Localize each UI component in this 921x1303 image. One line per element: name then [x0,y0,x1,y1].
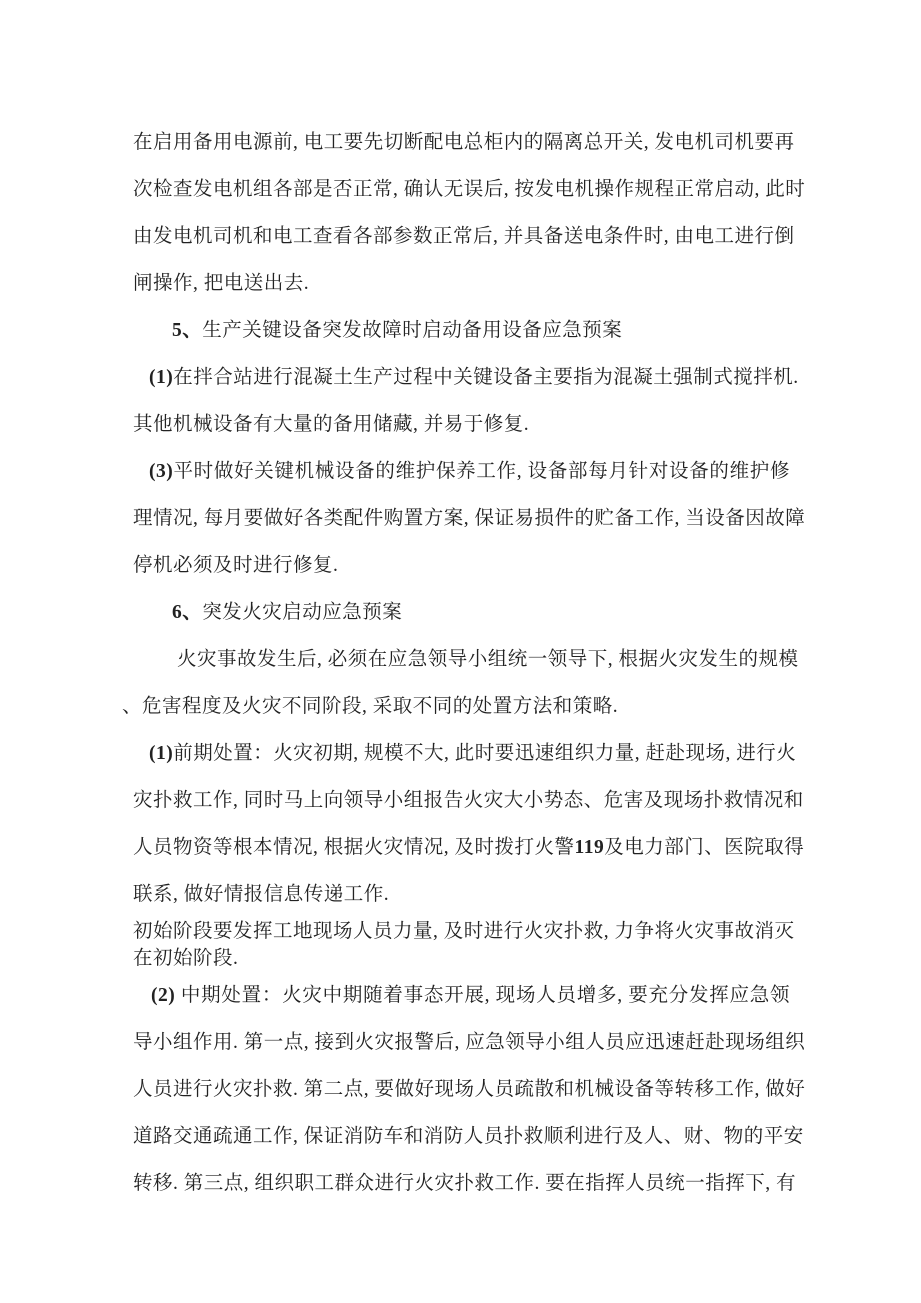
doc-line: 初始阶段要发挥工地现场人员力量, 及时进行火灾扑救, 力争将火灾事故消灭 [133,918,790,945]
section-number: 5、 [172,320,202,341]
doc-line section-heading: 5、生产关键设备突发故障时启动备用设备应急预案 [172,307,790,354]
doc-line: (2) 中期处置：火灾中期随着事态开展, 现场人员增多, 要充分发挥应急领 [151,972,790,1019]
doc-line: 其他机械设备有大量的备用储藏, 并易于修复. [133,401,790,448]
emergency-number: 119 [575,837,605,858]
line-text: 及电力部门、医院取得 [604,837,804,858]
doc-line: 次检查发电机组各部是否正常, 确认无误后, 按发电机操作规程正常启动, 此时 [133,166,790,213]
doc-line: 火灾事故发生后, 必须在应急领导小组统一领导下, 根据火灾发生的规模 [177,636,790,683]
doc-line: (1)前期处置：火灾初期, 规模不大, 此时要迅速组织力量, 赶赴现场, 进行火 [149,730,790,777]
heading-text: 生产关键设备突发故障时启动备用设备应急预案 [202,320,622,341]
doc-line: (3)平时做好关键机械设备的维护保养工作, 设备部每月针对设备的维护修 [149,448,790,495]
doc-line section-heading: 6、突发火灾启动应急预案 [172,589,790,636]
doc-line: 灾扑救工作, 同时马上向领导小组报告火灾大小势态、危害及现场扑救情况和 [133,777,790,824]
list-marker: (1) [149,743,173,764]
doc-line: 人员进行火灾扑救. 第二点, 要做好现场人员疏散和机械设备等转移工作, 做好 [133,1066,790,1113]
heading-text: 突发火灾启动应急预案 [202,602,402,623]
section-number: 6、 [172,602,202,623]
doc-line: 停机必须及时进行修复. [133,542,790,589]
doc-line: 闸操作, 把电送出去. [133,260,790,307]
line-text: 在拌合站进行混凝土生产过程中关键设备主要指为混凝土强制式搅拌机. [173,367,798,388]
doc-line: 由发电机司机和电工查看各部参数正常后, 并具备送电条件时, 由电工进行倒 [133,213,790,260]
list-marker: (1) [149,367,173,388]
doc-line: 联系, 做好情报信息传递工作. [133,871,790,918]
doc-line: 导小组作用. 第一点, 接到火灾报警后, 应急领导小组人员应迅速赶赴现场组织 [133,1019,790,1066]
line-text: 人员物资等根本情况, 根据火灾情况, 及时拨打火警 [133,837,575,858]
line-text: 中期处置：火灾中期随着事态开展, 现场人员增多, 要充分发挥应急领 [175,985,790,1006]
doc-line: (1)在拌合站进行混凝土生产过程中关键设备主要指为混凝土强制式搅拌机. [149,354,790,401]
list-marker: (3) [149,461,173,482]
document-page: 在启用备用电源前, 电工要先切断配电总柜内的隔离总开关, 发电机司机要再 次检查… [133,119,790,1207]
doc-line: 在启用备用电源前, 电工要先切断配电总柜内的隔离总开关, 发电机司机要再 [133,119,790,166]
doc-line: 在初始阶段. [133,945,790,972]
doc-line: 、危害程度及火灾不同阶段, 采取不同的处置方法和策略. [122,683,790,730]
doc-line: 理情况, 每月要做好各类配件购置方案, 保证易损件的贮备工作, 当设备因故障 [133,495,790,542]
list-marker: (2) [151,985,175,1006]
line-text: 前期处置：火灾初期, 规模不大, 此时要迅速组织力量, 赶赴现场, 进行火 [173,743,796,764]
doc-line: 转移. 第三点, 组织职工群众进行火灾扑救工作. 要在指挥人员统一指挥下, 有 [133,1160,790,1207]
line-text: 平时做好关键机械设备的维护保养工作, 设备部每月针对设备的维护修 [173,461,790,482]
doc-line: 道路交通疏通工作, 保证消防车和消防人员扑救顺利进行及人、财、物的平安 [133,1113,790,1160]
doc-line: 人员物资等根本情况, 根据火灾情况, 及时拨打火警119及电力部门、医院取得 [133,824,790,871]
